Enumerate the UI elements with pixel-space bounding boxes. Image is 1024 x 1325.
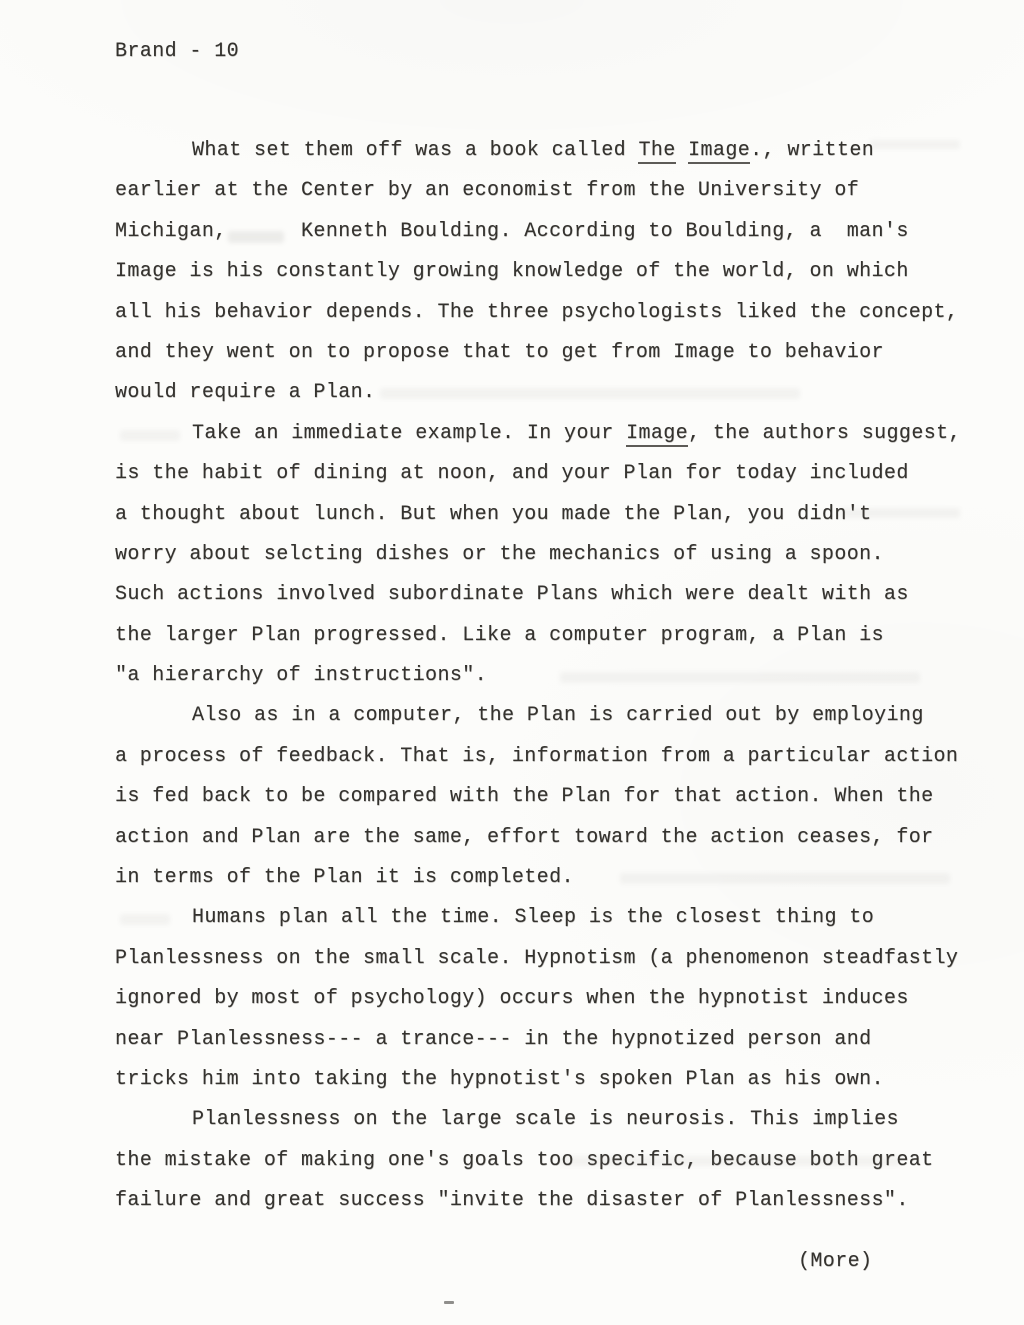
paragraph-4: Humans plan all the time. Sleep is the c… (115, 898, 995, 1100)
text-line: Michigan, Kenneth Boulding. According to… (115, 212, 995, 252)
text-segment: the larger Plan progressed. Like a compu… (115, 624, 884, 647)
text-line: a process of feedback. That is, informat… (115, 737, 995, 777)
text-line: ignored by most of psychology) occurs wh… (115, 979, 995, 1019)
text-line: earlier at the Center by an economist fr… (115, 171, 995, 211)
document-body: What set them off was a book called The … (115, 131, 995, 1222)
underlined-text: Image (626, 422, 688, 447)
text-line: worry about selcting dishes or the mecha… (115, 535, 995, 575)
text-line: near Planlessness--- a trance--- in the … (115, 1020, 995, 1060)
text-segment (676, 139, 688, 162)
paragraph-3: Also as in a computer, the Plan is carri… (115, 696, 995, 898)
text-segment: in terms of the Plan it is completed. (115, 866, 574, 889)
paragraph-5: Planlessness on the large scale is neuro… (115, 1100, 995, 1221)
text-line: Such actions involved subordinate Plans … (115, 575, 995, 615)
text-line: the larger Plan progressed. Like a compu… (115, 616, 995, 656)
text-line: all his behavior depends. The three psyc… (115, 293, 995, 333)
text-segment: is the habit of dining at noon, and your… (115, 462, 909, 485)
text-segment: Planlessness on the large scale is neuro… (192, 1108, 899, 1131)
stray-pen-mark (444, 1301, 454, 1304)
text-segment: ignored by most of psychology) occurs wh… (115, 987, 909, 1010)
text-segment: tricks him into taking the hypnotist's s… (115, 1068, 884, 1091)
text-line: Image is his constantly growing knowledg… (115, 252, 995, 292)
text-line: in terms of the Plan it is completed. (115, 858, 995, 898)
text-segment: Humans plan all the time. Sleep is the c… (192, 906, 874, 929)
underlined-text: Image (688, 139, 750, 164)
text-segment: "a hierarchy of instructions". (115, 664, 487, 687)
text-segment: Planlessness on the small scale. Hypnoti… (115, 947, 958, 970)
text-line: and they went on to propose that to get … (115, 333, 995, 373)
text-segment: Also as in a computer, the Plan is carri… (192, 704, 924, 727)
text-segment: all his behavior depends. The three psyc… (115, 301, 958, 324)
text-line: action and Plan are the same, effort tow… (115, 818, 995, 858)
text-segment: and they went on to propose that to get … (115, 341, 884, 364)
text-segment: near Planlessness--- a trance--- in the … (115, 1028, 872, 1051)
text-segment: a process of feedback. That is, informat… (115, 745, 958, 768)
text-segment: would require a Plan. (115, 381, 375, 404)
text-segment: Michigan, Kenneth Boulding. According to… (115, 220, 909, 243)
page-header-label: Brand - 10 (115, 40, 239, 63)
paragraph-1: What set them off was a book called The … (115, 131, 995, 414)
manuscript-page: Brand - 10 What set them off was a book … (0, 0, 1024, 1325)
text-segment: failure and great success "invite the di… (115, 1189, 909, 1212)
text-segment: What set them off was a book called (192, 139, 638, 162)
underlined-text: The (638, 139, 675, 164)
text-line: failure and great success "invite the di… (115, 1181, 995, 1221)
text-line: Take an immediate example. In your Image… (115, 414, 995, 454)
text-line: Humans plan all the time. Sleep is the c… (115, 898, 995, 938)
text-line: tricks him into taking the hypnotist's s… (115, 1060, 995, 1100)
text-segment: is fed back to be compared with the Plan… (115, 785, 934, 808)
text-line: the mistake of making one's goals too sp… (115, 1141, 995, 1181)
more-continuation-label: (More) (798, 1250, 872, 1273)
text-segment: ., written (750, 139, 874, 162)
text-segment: earlier at the Center by an economist fr… (115, 179, 859, 202)
text-line: would require a Plan. (115, 373, 995, 413)
paragraph-2: Take an immediate example. In your Image… (115, 414, 995, 697)
text-segment: a thought about lunch. But when you made… (115, 503, 872, 526)
text-segment: Such actions involved subordinate Plans … (115, 583, 909, 606)
text-line: a thought about lunch. But when you made… (115, 495, 995, 535)
text-segment: worry about selcting dishes or the mecha… (115, 543, 884, 566)
text-segment: Image is his constantly growing knowledg… (115, 260, 909, 283)
text-line: What set them off was a book called The … (115, 131, 995, 171)
text-segment: the mistake of making one's goals too sp… (115, 1149, 934, 1172)
text-line: is the habit of dining at noon, and your… (115, 454, 995, 494)
text-segment: action and Plan are the same, effort tow… (115, 826, 934, 849)
text-line: Planlessness on the large scale is neuro… (115, 1100, 995, 1140)
text-segment: Take an immediate example. In your (192, 422, 626, 445)
text-line: Planlessness on the small scale. Hypnoti… (115, 939, 995, 979)
text-line: "a hierarchy of instructions". (115, 656, 995, 696)
text-line: Also as in a computer, the Plan is carri… (115, 696, 995, 736)
text-line: is fed back to be compared with the Plan… (115, 777, 995, 817)
text-segment: , the authors suggest, (688, 422, 961, 445)
